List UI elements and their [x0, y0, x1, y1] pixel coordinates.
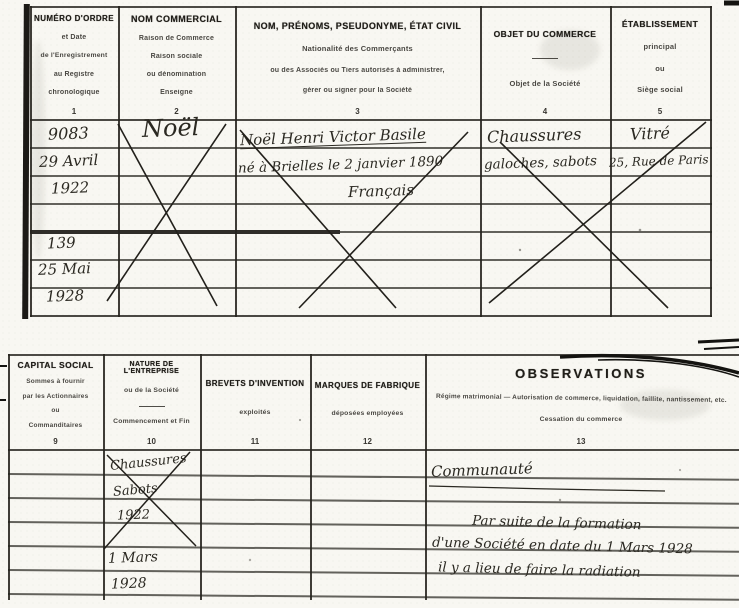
column-subtitle: ou [51, 407, 59, 414]
handwritten-objet-line1: Chaussures [487, 126, 582, 145]
handwritten-nature-line1: Chaussures [110, 452, 188, 473]
handwritten-nature-end-year: 1928 [111, 576, 147, 591]
column-title: BREVETS D'INVENTION [206, 379, 305, 388]
column-number: 9 [53, 437, 57, 446]
column-number: 1 [72, 107, 76, 116]
column-number: 10 [147, 437, 156, 446]
handwritten-etablissement-ville: Vitré [630, 125, 670, 142]
handwritten-observation-line1: Par suite de la formation [472, 515, 642, 533]
bottom-header-underline [8, 449, 739, 451]
column-title: MARQUES DE FABRIQUE [315, 381, 420, 390]
scan-edge-mark [704, 347, 739, 349]
column-subtitle: Raison de Commerce [139, 35, 214, 42]
handwritten-registration2-date: 25 Mai [38, 261, 91, 278]
handwritten-nature-line3: 1922 [117, 508, 151, 522]
handwritten-underline [429, 486, 665, 491]
column-number: 5 [658, 107, 662, 116]
column-header-observations: OBSERVATIONS Régime matrimonial — Autori… [426, 358, 736, 448]
column-subtitle: et Date [62, 34, 87, 41]
column-title: ÉTABLISSEMENT [622, 19, 698, 29]
column-subtitle: ou [655, 64, 665, 73]
column-subtitle: Raison sociale [151, 53, 203, 60]
handwritten-registration-number: 9083 [48, 125, 89, 142]
header-divider [532, 58, 558, 59]
column-title: NATURE DE L'ENTREPRISE [106, 361, 197, 375]
top-row-line [340, 231, 712, 233]
bottom-row-line [8, 473, 739, 480]
handwritten-person-nationality: Français [348, 183, 415, 200]
scan-edge-mark [698, 340, 739, 342]
column-header-objet-commerce: OBJET DU COMMERCE Objet de la Société 4 [481, 7, 609, 118]
column-title: NOM, PRÉNOMS, PSEUDONYME, ÉTAT CIVIL [254, 21, 462, 31]
bottom-row-line [8, 593, 739, 600]
column-subtitle: Enseigne [160, 89, 193, 96]
column-subtitle: exploités [239, 409, 270, 416]
top-row-line [30, 287, 712, 289]
column-subtitle: Siège social [637, 85, 683, 94]
top-entry-separator [30, 230, 340, 234]
top-row-line [30, 175, 712, 177]
handwritten-observation-line2: d'une Société en date du 1 Mars 1928 [432, 537, 693, 557]
column-subtitle: Cessation du commerce [540, 416, 623, 423]
column-number: 11 [251, 437, 259, 446]
cross-mark-col4-5 [489, 122, 706, 303]
column-number: 4 [543, 107, 547, 116]
handwritten-nature-line2: Sabots [113, 482, 159, 499]
scan-gutter-band [22, 4, 30, 319]
cross-mark-col2 [107, 124, 226, 301]
column-subtitle: de l'Enregistrement [41, 52, 108, 59]
column-header-etablissement: ÉTABLISSEMENT principal ou Siège social … [611, 7, 709, 118]
top-table-border-right [710, 6, 712, 317]
column-subtitle: ou dénomination [147, 71, 206, 78]
top-row-line [30, 203, 712, 205]
handwritten-person-birth: né à Brielles le 2 janvier 1890 [238, 155, 444, 176]
column-title: OBSERVATIONS [515, 366, 647, 381]
column-title: CAPITAL SOCIAL [17, 360, 93, 370]
column-subtitle: Objet de la Société [510, 79, 581, 88]
handwritten-registration-year: 1922 [51, 180, 90, 196]
column-subtitle: gérer ou signer pour la Société [303, 87, 412, 94]
top-row-line [30, 259, 712, 261]
column-subtitle: chronologique [48, 89, 99, 96]
handwritten-registration2-year: 1928 [46, 288, 85, 304]
header-divider [139, 406, 165, 407]
column-subtitle: ou de la Société [124, 387, 179, 394]
handwritten-etablissement-adresse: 25, Rue de Paris [609, 153, 709, 168]
column-header-nature-entreprise: NATURE DE L'ENTREPRISE ou de la Société … [104, 355, 199, 448]
column-number: 3 [355, 107, 359, 116]
column-header-nom-commercial: NOM COMMERCIAL Raison de Commerce Raison… [119, 7, 234, 118]
handwritten-nature-end-date: 1 Mars [108, 550, 158, 566]
column-subtitle: Commanditaires [29, 422, 83, 429]
column-subtitle: déposées employées [332, 410, 404, 417]
cross-mark-col2 [118, 124, 217, 306]
column-title: OBJET DU COMMERCE [494, 29, 597, 39]
handwritten-observation-line3: il y a lieu de faire la radiation [438, 561, 641, 580]
column-subtitle: par les Actionnaires [23, 393, 89, 400]
column-title: NUMÉRO D'ORDRE [34, 14, 114, 23]
handwritten-trade-name: Noël [142, 115, 200, 141]
handwritten-registration2-number: 139 [47, 236, 76, 252]
column-header-numero-ordre: NUMÉRO D'ORDRE et Date de l'Enregistreme… [31, 7, 117, 118]
column-header-marques: MARQUES DE FABRIQUE déposées employées 1… [311, 355, 424, 448]
column-subtitle: au Registre [54, 71, 94, 78]
handwritten-observation-regime: Communauté [431, 461, 533, 480]
column-header-nom-prenoms: NOM, PRÉNOMS, PSEUDONYME, ÉTAT CIVIL Nat… [236, 7, 479, 118]
column-header-capital-social: CAPITAL SOCIAL Sommes à fournir par les … [9, 355, 102, 448]
column-subtitle: Régime matrimonial — Autorisation de com… [436, 393, 727, 404]
column-title: NOM COMMERCIAL [131, 14, 222, 24]
column-header-brevets: BREVETS D'INVENTION exploités 11 [201, 355, 309, 448]
column-subtitle: principal [643, 42, 676, 51]
handwritten-person-name: Noël Henri Victor Basile [240, 127, 426, 149]
handwritten-objet-line2: galoches, sabots [484, 155, 597, 172]
column-subtitle: Commencement et Fin [113, 418, 190, 425]
register-scan-page: NUMÉRO D'ORDRE et Date de l'Enregistreme… [0, 0, 739, 608]
column-number: 12 [363, 437, 372, 446]
column-number: 13 [577, 437, 586, 446]
column-subtitle: Nationalité des Commerçants [302, 44, 413, 53]
top-row-line [30, 147, 712, 149]
column-subtitle: Sommes à fournir [26, 378, 84, 385]
column-subtitle: ou des Associés ou Tiers autorisés à adm… [270, 67, 444, 74]
top-header-underline [30, 119, 712, 121]
handwritten-registration-date: 29 Avril [39, 153, 99, 170]
